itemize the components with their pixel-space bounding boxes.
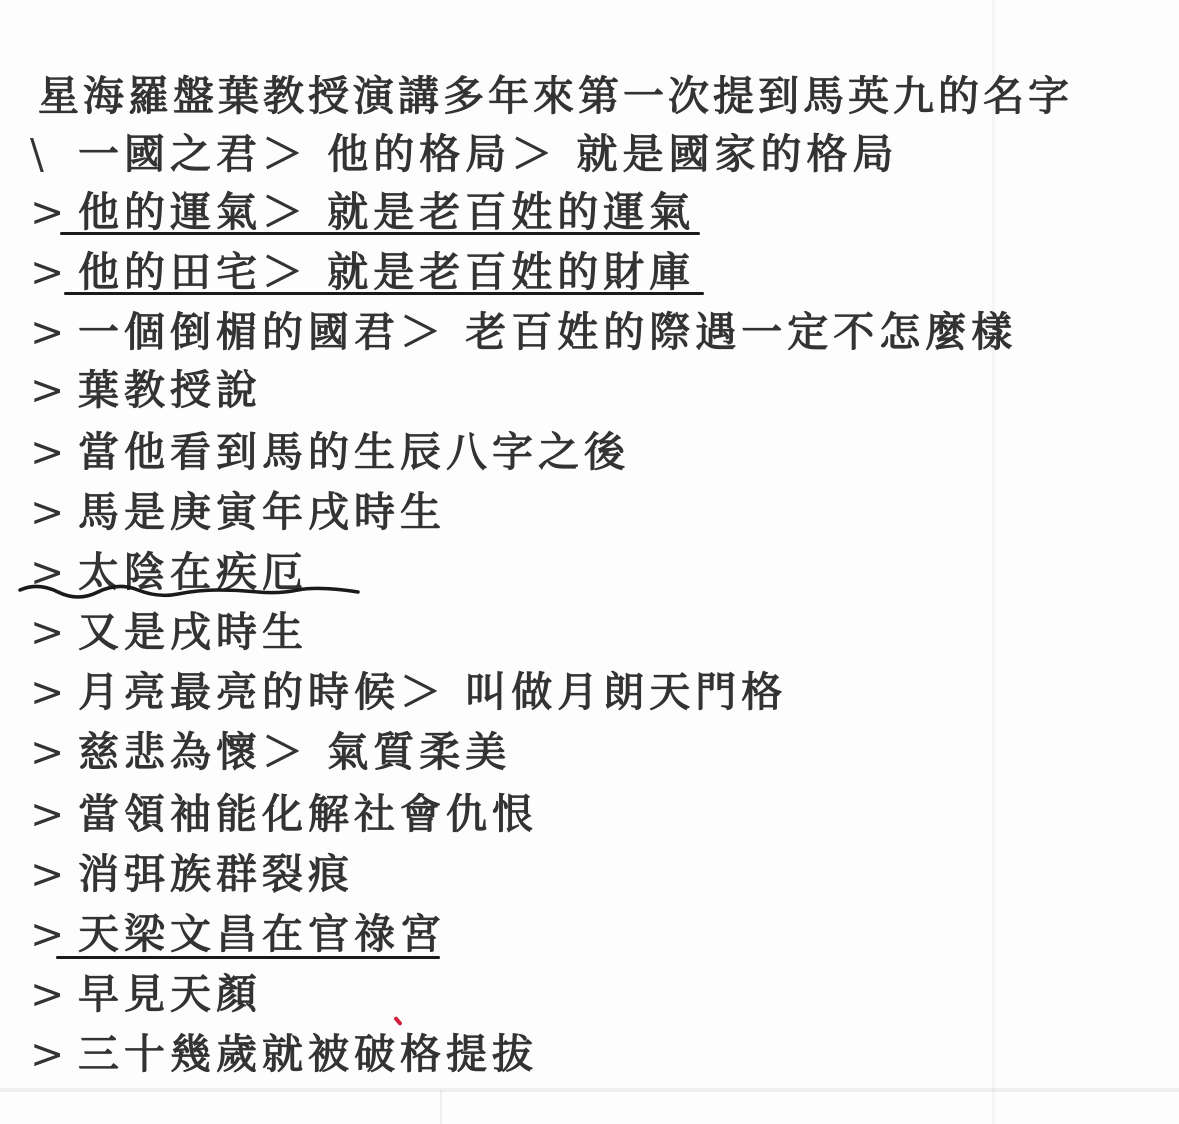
underline-mark [56,956,440,959]
line-text: 馬是庚寅年戌時生 [78,484,446,540]
document-line: >當他看到馬的生辰八字之後 [30,424,630,480]
document-line: >三十幾歲就被破格提拔 [30,1026,538,1082]
document-line: >馬是庚寅年戌時生 [30,484,446,540]
line-text: 早見天顏 [78,966,262,1022]
line-text: 月亮最亮的時候＞ 叫做月朗天門格 [78,664,787,720]
document-line: >又是戌時生 [30,604,308,660]
line-marker: > [30,304,78,360]
line-text: 天梁文昌在官祿宮 [78,906,446,962]
line-text: 慈悲為懷＞ 氣質柔美 [78,724,511,780]
document-line: >當領袖能化解社會仇恨 [30,786,538,842]
document-line: >一個倒楣的國君＞ 老百姓的際遇一定不怎麼樣 [30,304,1017,360]
line-marker: > [30,786,78,842]
document-title: 星海羅盤葉教授演講多年來第一次提到馬英九的名字 [38,68,1073,124]
document-line: >月亮最亮的時候＞ 叫做月朗天門格 [30,664,787,720]
line-text: 一個倒楣的國君＞ 老百姓的際遇一定不怎麼樣 [78,304,1017,360]
line-text: 消弭族群裂痕 [78,846,354,902]
line-marker: > [30,1026,78,1082]
line-text: 當他看到馬的生辰八字之後 [78,424,630,480]
line-marker: > [30,362,78,418]
document-line: \一國之君＞ 他的格局＞ 就是國家的格局 [30,126,899,182]
document-line: >早見天顏 [30,966,262,1022]
line-marker: > [30,906,78,962]
line-marker: > [30,724,78,780]
line-marker: \ [30,126,78,182]
document-line: >葉教授說 [30,362,262,418]
line-text: 三十幾歲就被破格提拔 [78,1026,538,1082]
scan-streak [0,1088,1179,1092]
scanned-document-page: 星海羅盤葉教授演講多年來第一次提到馬英九的名字 \一國之君＞ 他的格局＞ 就是國… [0,0,1179,1124]
underline-mark [64,292,704,295]
line-text: 一國之君＞ 他的格局＞ 就是國家的格局 [78,126,899,182]
line-text: 葉教授說 [78,362,262,418]
document-line: >天梁文昌在官祿宮 [30,906,446,962]
line-text: 又是戌時生 [78,604,308,660]
wavy-underline-mark [18,580,363,604]
line-text: 當領袖能化解社會仇恨 [78,786,538,842]
red-ink-speck [393,1016,402,1026]
scan-streak [440,1090,442,1124]
line-marker: > [30,966,78,1022]
document-line: >消弭族群裂痕 [30,846,354,902]
underline-mark [60,232,700,235]
line-marker: > [30,424,78,480]
line-marker: > [30,604,78,660]
scan-streak [992,0,995,1124]
line-marker: > [30,484,78,540]
line-marker: > [30,664,78,720]
line-marker: > [30,846,78,902]
document-line: >慈悲為懷＞ 氣質柔美 [30,724,511,780]
